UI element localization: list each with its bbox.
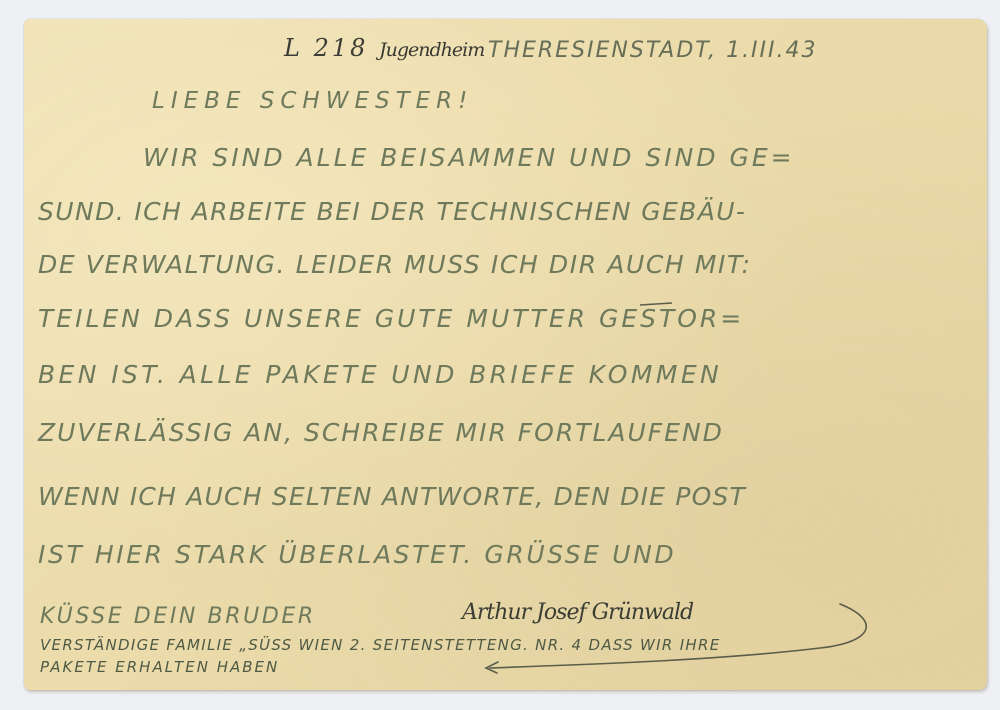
body-line-1: WIR SIND ALLE BEISAMMEN UND SIND GE= (143, 143, 795, 172)
reference-note: Jugendheim (379, 39, 484, 61)
postscript-line-1: VERSTÄNDIGE FAMILIE „SÜSS WIEN 2. SEITEN… (40, 636, 721, 654)
header-reference: L 218 Jugendheim (284, 34, 484, 62)
body-line-6: ZUVERLÄSSIG AN, SCHREIBE MIR FORTLAUFEND (38, 418, 724, 447)
body-line-4: TEILEN DASS UNSERE GUTE MUTTER GESTOR= (38, 304, 744, 333)
closing: KÜSSE DEIN BRUDER (40, 604, 316, 629)
postscript-line-2: PAKETE ERHALTEN HABEN (40, 658, 279, 676)
body-line-2: SUND. ICH ARBEITE BEI DER TECHNISCHEN GE… (38, 197, 746, 226)
body-line-5: BEN IST. ALLE PAKETE UND BRIEFE KOMMEN (38, 360, 722, 389)
body-line-3: DE VERWALTUNG. LEIDER MUSS ICH DIR AUCH … (38, 250, 752, 279)
salutation: LIEBE SCHWESTER! (152, 88, 473, 114)
signature: Arthur Josef Grünwald (462, 600, 693, 625)
reference-number: L 218 (284, 34, 368, 62)
place-date: THERESIENSTADT, 1.III.43 (488, 38, 818, 63)
postcard (24, 19, 987, 690)
body-line-8: IST HIER STARK ÜBERLASTET. GRÜSSE UND (38, 540, 676, 569)
body-line-7: WENN ICH AUCH SELTEN ANTWORTE, DEN DIE P… (38, 482, 746, 511)
